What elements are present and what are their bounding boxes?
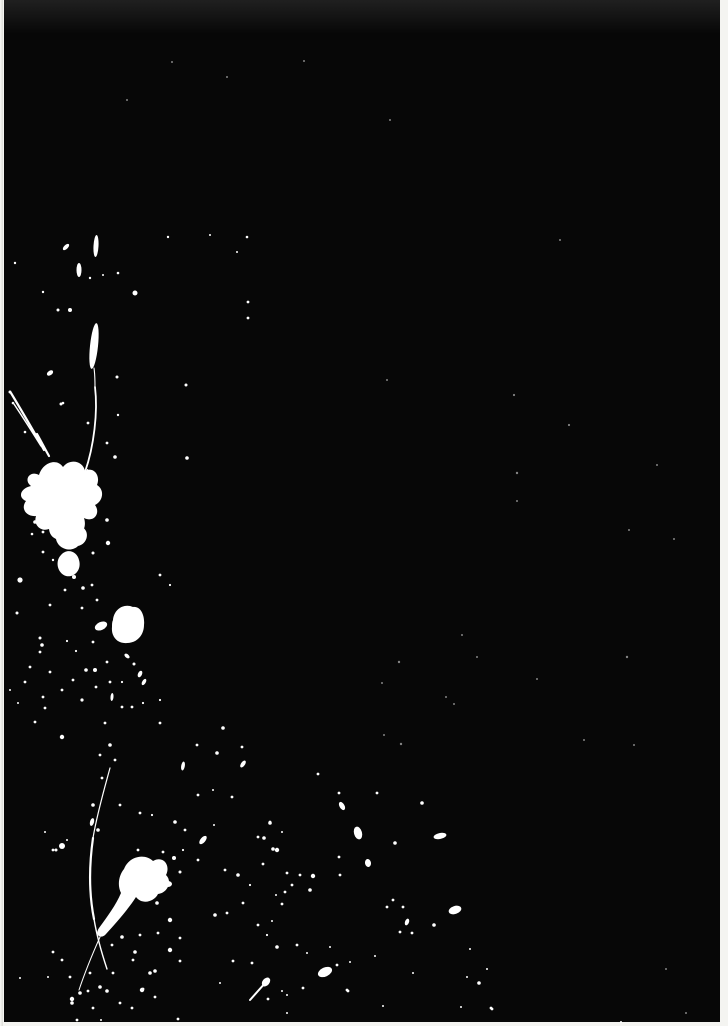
page-margin-crease: [2, 0, 3, 1026]
manga-splatter-page: [0, 0, 728, 1026]
splatter-artwork: [0, 0, 728, 1026]
black-panel-group: [4, 0, 720, 1022]
